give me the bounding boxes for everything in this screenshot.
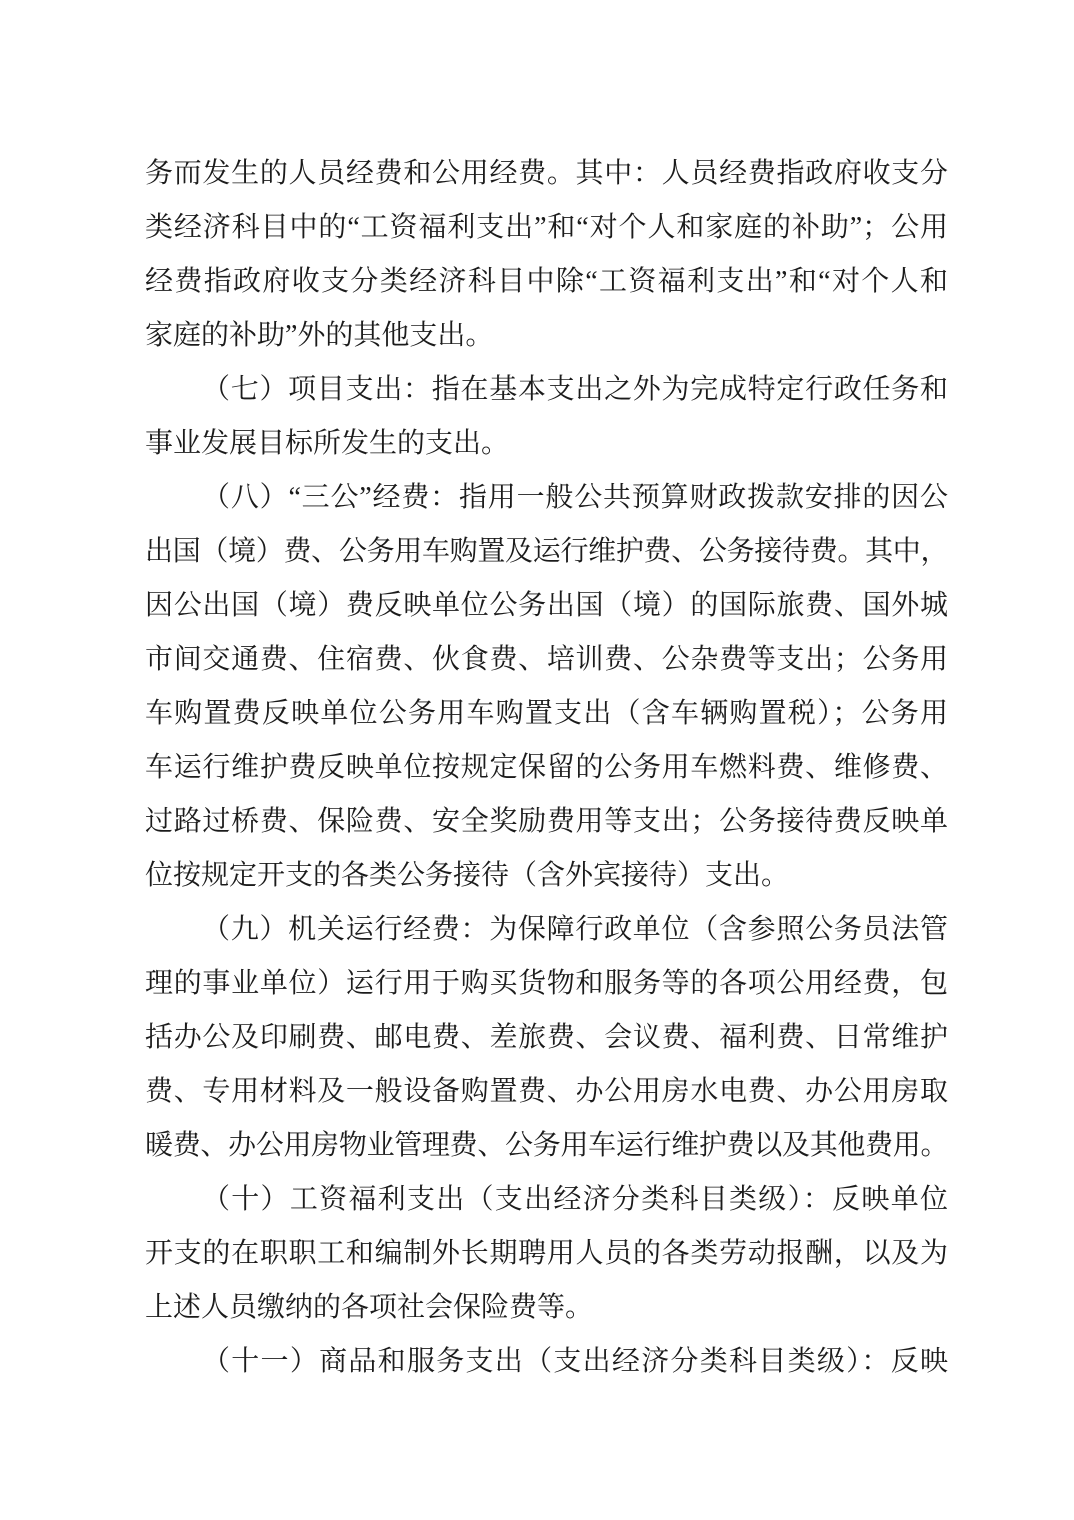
text-line: 类经济科目中的“工资福利支出”和“对个人和家庭的补助”；公用 — [145, 201, 948, 255]
text-line: 理的事业单位）运行用于购买货物和服务等的各项公用经费，包 — [145, 957, 948, 1011]
text-line: 费、专用材料及一般设备购置费、办公用房水电费、办公用房取 — [145, 1065, 948, 1119]
text-line: 车运行维护费反映单位按规定保留的公务用车燃料费、维修费、 — [145, 741, 948, 795]
text-line: （八）“三公”经费：指用一般公共预算财政拨款安排的因公 — [145, 471, 948, 525]
text-line: 上述人员缴纳的各项社会保险费等。 — [145, 1281, 948, 1335]
text-line: （九）机关运行经费：为保障行政单位（含参照公务员法管 — [145, 903, 948, 957]
text-line: 经费指政府收支分类经济科目中除“工资福利支出”和“对个人和 — [145, 255, 948, 309]
text-line: 车购置费反映单位公务用车购置支出（含车辆购置税）；公务用 — [145, 687, 948, 741]
text-line: 事业发展目标所发生的支出。 — [145, 417, 948, 471]
text-line: 暖费、办公用房物业管理费、公务用车运行维护费以及其他费用。 — [145, 1119, 948, 1173]
text-line: 位按规定开支的各类公务接待（含外宾接待）支出。 — [145, 849, 948, 903]
text-line: （七）项目支出：指在基本支出之外为完成特定行政任务和 — [145, 363, 948, 417]
text-line: 务而发生的人员经费和公用经费。其中：人员经费指政府收支分 — [145, 147, 948, 201]
text-line: 过路过桥费、保险费、安全奖励费用等支出；公务接待费反映单 — [145, 795, 948, 849]
document-page: 务而发生的人员经费和公用经费。其中：人员经费指政府收支分 类经济科目中的“工资福… — [0, 0, 1074, 1520]
text-line: 出国（境）费、公务用车购置及运行维护费、公务接待费。其中， — [145, 525, 948, 579]
document-text-block: 务而发生的人员经费和公用经费。其中：人员经费指政府收支分 类经济科目中的“工资福… — [145, 147, 948, 1389]
text-line: 家庭的补助”外的其他支出。 — [145, 309, 948, 363]
text-line: 因公出国（境）费反映单位公务出国（境）的国际旅费、国外城 — [145, 579, 948, 633]
text-line: （十）工资福利支出（支出经济分类科目类级）：反映单位 — [145, 1173, 948, 1227]
text-line: 括办公及印刷费、邮电费、差旅费、会议费、福利费、日常维护 — [145, 1011, 948, 1065]
text-line: （十一）商品和服务支出（支出经济分类科目类级）：反映 — [145, 1335, 948, 1389]
text-line: 开支的在职职工和编制外长期聘用人员的各类劳动报酬，以及为 — [145, 1227, 948, 1281]
text-line: 市间交通费、住宿费、伙食费、培训费、公杂费等支出；公务用 — [145, 633, 948, 687]
